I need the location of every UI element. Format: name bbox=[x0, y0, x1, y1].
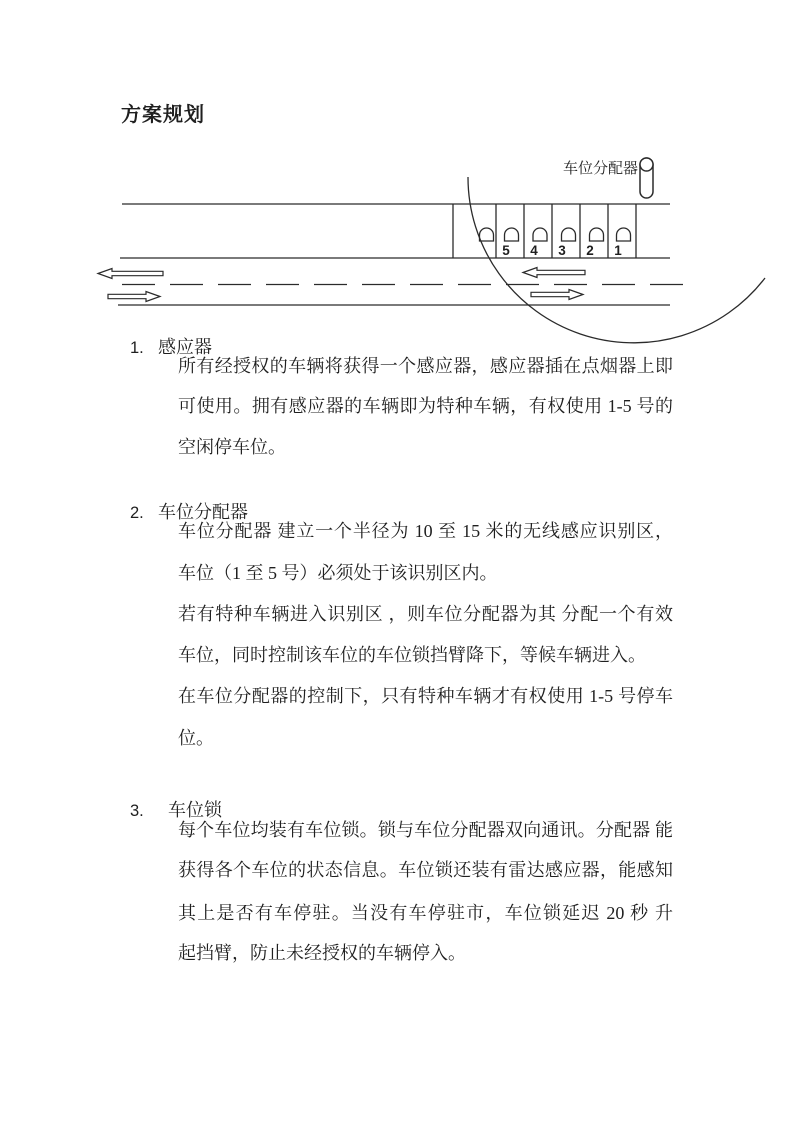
slot-number: 5 bbox=[502, 243, 510, 258]
parking-lock-icon bbox=[505, 228, 519, 241]
body-line: 车位，同时控制该车位的车位锁挡臂降下，等候车辆进入。 bbox=[178, 644, 673, 666]
body-line: 在车位分配器的控制下，只有特种车辆才有权使用 1-5 号停车 bbox=[178, 685, 673, 707]
body-line: 位。 bbox=[178, 727, 673, 749]
detection-zone-arc bbox=[468, 177, 765, 343]
lane-arrow-right-inner-icon bbox=[531, 290, 583, 300]
lane-arrow-left-outer-icon bbox=[98, 269, 163, 279]
allocator-pole-icon bbox=[640, 158, 653, 198]
body-line: 获得各个车位的状态信息。车位锁还装有雷达感应器，能感知 bbox=[178, 859, 673, 881]
pole-top-knob bbox=[640, 158, 653, 171]
slot-numbers: 5 4 3 2 1 bbox=[502, 243, 622, 258]
body-line: 车位（1 至 5 号）必须处于该识别区内。 bbox=[178, 562, 673, 584]
lane-arrow-right-outer-icon bbox=[108, 292, 160, 302]
parking-lock-icon bbox=[533, 228, 547, 241]
parking-lock-icon bbox=[590, 228, 604, 241]
body-line: 若有特种车辆进入识别区 ，则车位分配器为其 分配一个有效 bbox=[178, 603, 673, 625]
body-line: 每个车位均装有车位锁。锁与车位分配器双向通讯。分配器 能 bbox=[178, 819, 673, 841]
parking-lock-icon bbox=[562, 228, 576, 241]
section-title: 车位锁 bbox=[168, 800, 222, 820]
body-line: 起挡臂，防止未经授权的车辆停入。 bbox=[178, 942, 673, 964]
section-title: 车位分配器 bbox=[158, 502, 248, 522]
parking-lock-icon bbox=[617, 228, 631, 241]
body-line: 车位分配器 建立一个半径为 10 至 15 米的无线感应识别区， bbox=[178, 520, 673, 542]
section-number: 1. bbox=[130, 337, 158, 359]
body-line: 所有经授权的车辆将获得一个感应器，感应器插在点烟器上即 bbox=[178, 355, 673, 377]
body-line: 其上是否有车停驻。当没有车停驻市，车位锁延迟 20 秒 升 bbox=[178, 902, 673, 924]
road-lines bbox=[118, 204, 698, 305]
allocator-label: 车位分配器 bbox=[563, 160, 638, 177]
parking-scheme-diagram: 5 4 3 2 1 车位分配器 bbox=[0, 0, 800, 360]
body-line: 空闲停车位。 bbox=[178, 436, 673, 458]
section-number: 3. bbox=[130, 800, 168, 822]
parking-lock-icon bbox=[480, 228, 494, 241]
section-number: 2. bbox=[130, 502, 158, 524]
section-title: 感应器 bbox=[158, 337, 212, 357]
slot-number: 2 bbox=[586, 243, 594, 258]
body-line: 可使用。拥有感应器的车辆即为特种车辆，有权使用 1-5 号的 bbox=[178, 395, 673, 417]
slot-number: 1 bbox=[614, 243, 622, 258]
slot-number: 3 bbox=[558, 243, 566, 258]
slot-number: 4 bbox=[530, 243, 538, 258]
document-page: 方案规划 5 bbox=[0, 0, 800, 1131]
lane-arrow-left-inner-icon bbox=[523, 268, 585, 278]
